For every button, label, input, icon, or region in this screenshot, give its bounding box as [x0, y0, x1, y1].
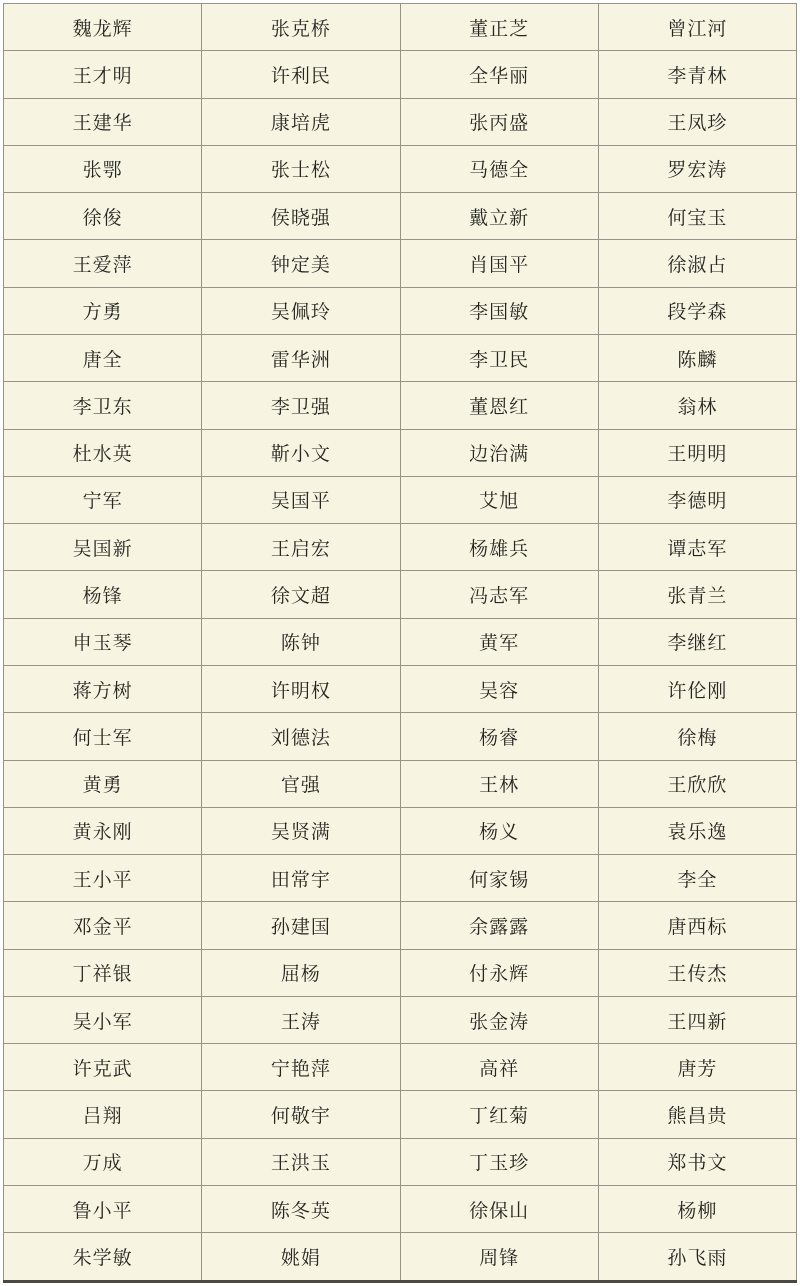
table-row: 万成王洪玉丁玉珍郑书文 — [4, 1138, 797, 1185]
name-cell: 吕翔 — [4, 1091, 202, 1138]
name-cell: 艾旭 — [400, 476, 598, 523]
name-cell: 付永辉 — [400, 949, 598, 996]
name-cell: 全华丽 — [400, 51, 598, 98]
name-cell: 黄勇 — [4, 760, 202, 807]
name-cell: 熊昌贵 — [598, 1091, 796, 1138]
name-cell: 徐文超 — [202, 571, 400, 618]
table-row: 王爱萍钟定美肖国平徐淑占 — [4, 240, 797, 287]
table-row: 张鄂张士松马德全罗宏涛 — [4, 145, 797, 192]
table-row: 吴小军王涛张金涛王四新 — [4, 996, 797, 1043]
name-cell: 张鄂 — [4, 145, 202, 192]
table-row: 黄勇官强王林王欣欣 — [4, 760, 797, 807]
name-cell: 靳小文 — [202, 429, 400, 476]
name-cell: 张丙盛 — [400, 98, 598, 145]
name-cell: 戴立新 — [400, 193, 598, 240]
name-cell: 吴国平 — [202, 476, 400, 523]
name-cell: 吴小军 — [4, 996, 202, 1043]
name-cell: 王欣欣 — [598, 760, 796, 807]
table-row: 杜水英靳小文边治满王明明 — [4, 429, 797, 476]
name-cell: 陈麟 — [598, 334, 796, 381]
name-cell: 冯志军 — [400, 571, 598, 618]
name-cell: 王涛 — [202, 996, 400, 1043]
name-cell: 王才明 — [4, 51, 202, 98]
table-row: 魏龙辉张克桥董正芝曾江河 — [4, 4, 797, 51]
table-row: 鲁小平陈冬英徐保山杨柳 — [4, 1186, 797, 1233]
name-cell: 翁林 — [598, 382, 796, 429]
name-table: 魏龙辉张克桥董正芝曾江河王才明许利民全华丽李青林王建华康培虎张丙盛王凤珍张鄂张士… — [3, 3, 797, 1283]
name-cell: 杨雄兵 — [400, 524, 598, 571]
name-cell: 吴国新 — [4, 524, 202, 571]
name-cell: 何家锡 — [400, 855, 598, 902]
name-cell: 王传杰 — [598, 949, 796, 996]
table-row: 徐俊侯晓强戴立新何宝玉 — [4, 193, 797, 240]
table-row: 黄永刚吴贤满杨义袁乐逸 — [4, 807, 797, 854]
name-cell: 周锋 — [400, 1233, 598, 1282]
name-cell: 孙飞雨 — [598, 1233, 796, 1282]
name-cell: 李青林 — [598, 51, 796, 98]
name-cell: 张克桥 — [202, 4, 400, 51]
name-cell: 陈冬英 — [202, 1186, 400, 1233]
name-cell: 王小平 — [4, 855, 202, 902]
table-row: 许克武宁艳萍高祥唐芳 — [4, 1044, 797, 1091]
name-cell: 李继红 — [598, 618, 796, 665]
name-cell: 杨睿 — [400, 713, 598, 760]
name-cell: 魏龙辉 — [4, 4, 202, 51]
name-cell: 雷华洲 — [202, 334, 400, 381]
name-cell: 何敬宇 — [202, 1091, 400, 1138]
name-cell: 王四新 — [598, 996, 796, 1043]
name-cell: 马德全 — [400, 145, 598, 192]
table-row: 申玉琴陈钟黄军李继红 — [4, 618, 797, 665]
name-cell: 谭志军 — [598, 524, 796, 571]
name-cell: 黄军 — [400, 618, 598, 665]
name-cell: 朱学敏 — [4, 1233, 202, 1282]
name-cell: 何士军 — [4, 713, 202, 760]
name-cell: 李卫东 — [4, 382, 202, 429]
table-row: 邓金平孙建国余露露唐西标 — [4, 902, 797, 949]
name-cell: 丁祥银 — [4, 949, 202, 996]
name-cell: 唐全 — [4, 334, 202, 381]
name-cell: 丁红菊 — [400, 1091, 598, 1138]
name-cell: 边治满 — [400, 429, 598, 476]
name-cell: 王凤珍 — [598, 98, 796, 145]
name-cell: 王林 — [400, 760, 598, 807]
name-cell: 段学森 — [598, 287, 796, 334]
name-cell: 王洪玉 — [202, 1138, 400, 1185]
table-row: 蒋方树许明权吴容许伦刚 — [4, 665, 797, 712]
name-cell: 杨锋 — [4, 571, 202, 618]
name-cell: 袁乐逸 — [598, 807, 796, 854]
name-cell: 申玉琴 — [4, 618, 202, 665]
name-cell: 高祥 — [400, 1044, 598, 1091]
name-cell: 宁军 — [4, 476, 202, 523]
table-row: 吕翔何敬宇丁红菊熊昌贵 — [4, 1091, 797, 1138]
name-cell: 宁艳萍 — [202, 1044, 400, 1091]
name-cell: 陈钟 — [202, 618, 400, 665]
name-cell: 肖国平 — [400, 240, 598, 287]
name-cell: 罗宏涛 — [598, 145, 796, 192]
name-cell: 许利民 — [202, 51, 400, 98]
name-cell: 李德明 — [598, 476, 796, 523]
name-cell: 许伦刚 — [598, 665, 796, 712]
page-container: 魏龙辉张克桥董正芝曾江河王才明许利民全华丽李青林王建华康培虎张丙盛王凤珍张鄂张士… — [0, 0, 800, 1286]
table-row: 唐全雷华洲李卫民陈麟 — [4, 334, 797, 381]
name-cell: 杜水英 — [4, 429, 202, 476]
name-cell: 蒋方树 — [4, 665, 202, 712]
name-cell: 吴佩玲 — [202, 287, 400, 334]
table-row: 杨锋徐文超冯志军张青兰 — [4, 571, 797, 618]
table-row: 王建华康培虎张丙盛王凤珍 — [4, 98, 797, 145]
name-cell: 邓金平 — [4, 902, 202, 949]
name-cell: 张士松 — [202, 145, 400, 192]
name-cell: 田常宇 — [202, 855, 400, 902]
name-table-body: 魏龙辉张克桥董正芝曾江河王才明许利民全华丽李青林王建华康培虎张丙盛王凤珍张鄂张士… — [4, 4, 797, 1282]
name-cell: 徐淑占 — [598, 240, 796, 287]
table-row: 方勇吴佩玲李国敏段学森 — [4, 287, 797, 334]
name-cell: 董恩红 — [400, 382, 598, 429]
name-cell: 唐芳 — [598, 1044, 796, 1091]
name-cell: 郑书文 — [598, 1138, 796, 1185]
table-row: 李卫东李卫强董恩红翁林 — [4, 382, 797, 429]
table-row: 朱学敏姚娟周锋孙飞雨 — [4, 1233, 797, 1282]
table-row: 丁祥银屈杨付永辉王传杰 — [4, 949, 797, 996]
name-cell: 吴贤满 — [202, 807, 400, 854]
name-cell: 李卫强 — [202, 382, 400, 429]
name-cell: 唐西标 — [598, 902, 796, 949]
table-row: 宁军吴国平艾旭李德明 — [4, 476, 797, 523]
name-cell: 徐俊 — [4, 193, 202, 240]
name-cell: 丁玉珍 — [400, 1138, 598, 1185]
name-cell: 杨柳 — [598, 1186, 796, 1233]
table-row: 何士军刘德法杨睿徐梅 — [4, 713, 797, 760]
name-cell: 刘德法 — [202, 713, 400, 760]
name-cell: 方勇 — [4, 287, 202, 334]
table-row: 王小平田常宇何家锡李全 — [4, 855, 797, 902]
name-cell: 吴容 — [400, 665, 598, 712]
name-cell: 侯晓强 — [202, 193, 400, 240]
name-cell: 王明明 — [598, 429, 796, 476]
name-cell: 余露露 — [400, 902, 598, 949]
name-cell: 杨义 — [400, 807, 598, 854]
name-cell: 王爱萍 — [4, 240, 202, 287]
name-cell: 鲁小平 — [4, 1186, 202, 1233]
name-cell: 官强 — [202, 760, 400, 807]
name-cell: 董正芝 — [400, 4, 598, 51]
name-cell: 钟定美 — [202, 240, 400, 287]
name-cell: 李卫民 — [400, 334, 598, 381]
name-cell: 万成 — [4, 1138, 202, 1185]
name-cell: 张青兰 — [598, 571, 796, 618]
name-cell: 何宝玉 — [598, 193, 796, 240]
name-cell: 李国敏 — [400, 287, 598, 334]
name-cell: 屈杨 — [202, 949, 400, 996]
name-cell: 姚娟 — [202, 1233, 400, 1282]
name-cell: 许克武 — [4, 1044, 202, 1091]
name-cell: 王建华 — [4, 98, 202, 145]
table-row: 吴国新王启宏杨雄兵谭志军 — [4, 524, 797, 571]
name-cell: 徐保山 — [400, 1186, 598, 1233]
table-row: 王才明许利民全华丽李青林 — [4, 51, 797, 98]
name-cell: 曾江河 — [598, 4, 796, 51]
name-cell: 黄永刚 — [4, 807, 202, 854]
name-cell: 张金涛 — [400, 996, 598, 1043]
name-cell: 徐梅 — [598, 713, 796, 760]
name-cell: 李全 — [598, 855, 796, 902]
name-cell: 许明权 — [202, 665, 400, 712]
name-cell: 王启宏 — [202, 524, 400, 571]
name-cell: 孙建国 — [202, 902, 400, 949]
name-cell: 康培虎 — [202, 98, 400, 145]
